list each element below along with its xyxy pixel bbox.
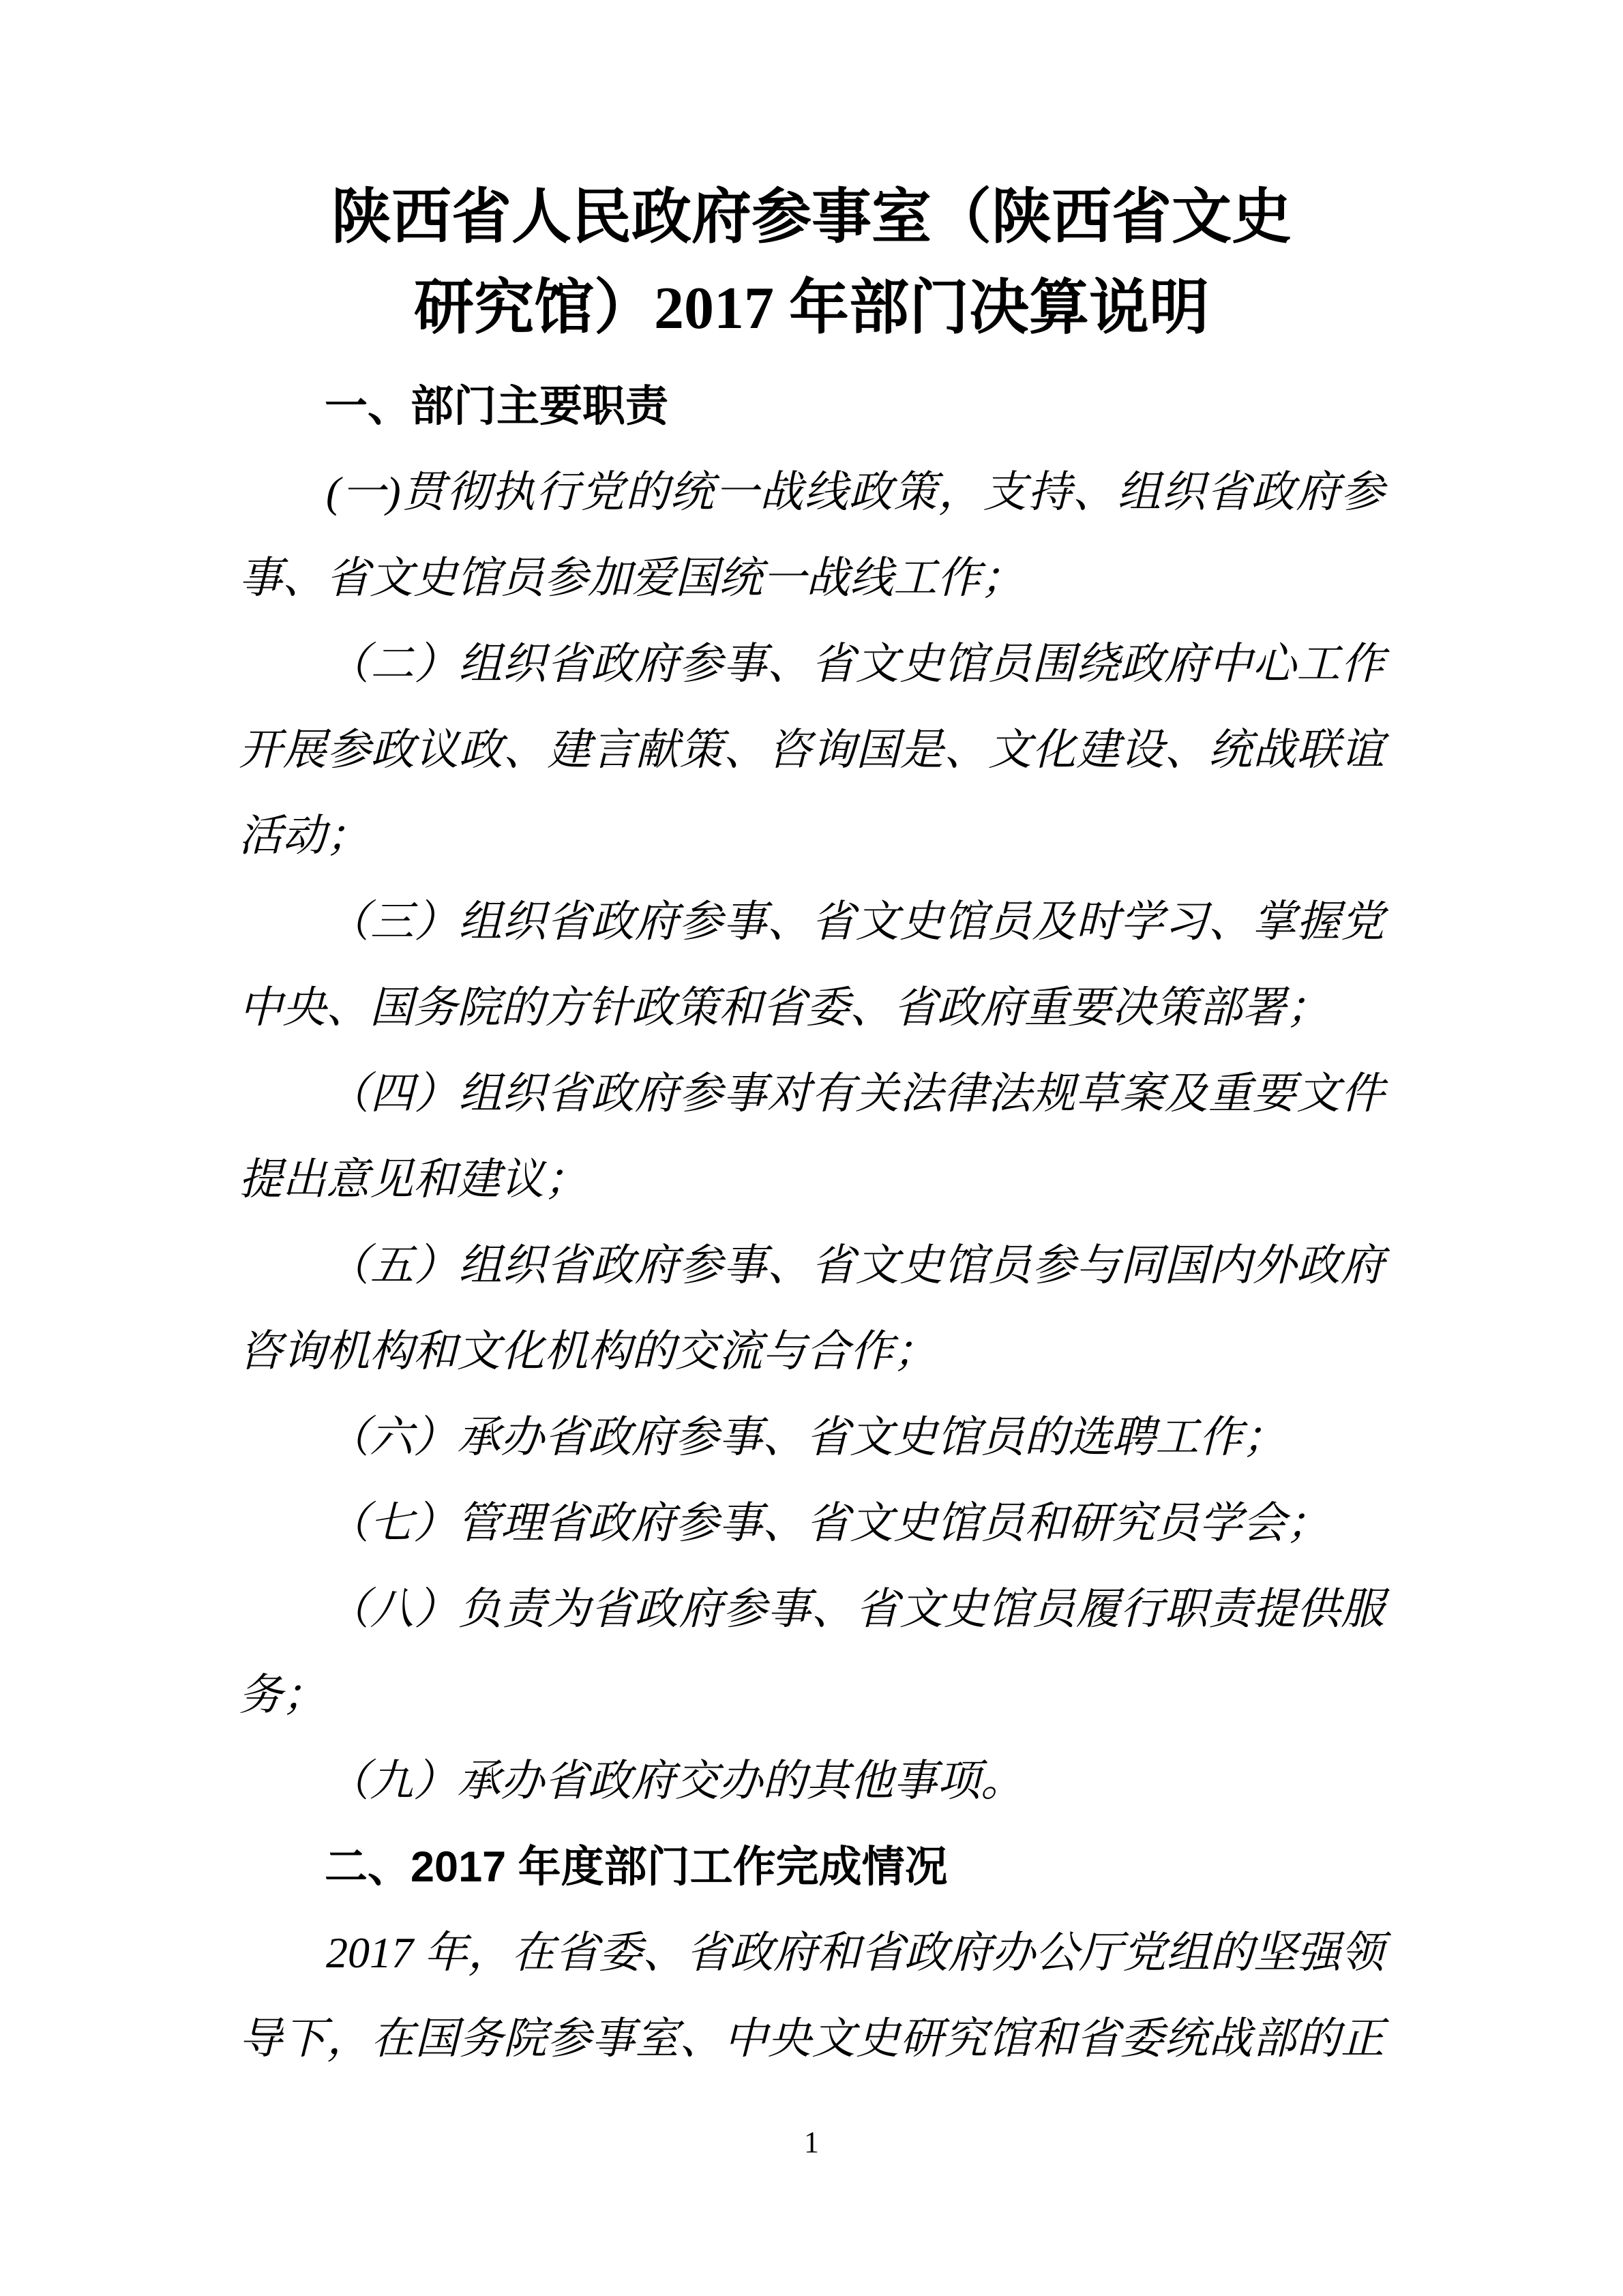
title-line-2: 研究馆）2017 年部门决算说明 bbox=[239, 263, 1384, 354]
section-1-item-8: （八）负责为省政府参事、省文史馆员履行职责提供服务； bbox=[239, 1566, 1384, 1738]
section-1-item-6: （六）承办省政府参事、省文史馆员的选聘工作； bbox=[239, 1395, 1384, 1480]
page-title: 陕西省人民政府参事室（陕西省文史 研究馆）2017 年部门决算说明 bbox=[239, 173, 1384, 354]
section-2-paragraph: 2017 年，在省委、省政府和省政府办公厅党组的坚强领导下，在国务院参事室、中央… bbox=[239, 1910, 1384, 2082]
section-1-item-2: （二）组织省政府参事、省文史馆员围绕政府中心工作开展参政议政、建言献策、咨询国是… bbox=[239, 621, 1384, 879]
title-line-1: 陕西省人民政府参事室（陕西省文史 bbox=[239, 173, 1384, 263]
document-page: 陕西省人民政府参事室（陕西省文史 研究馆）2017 年部门决算说明 一、部门主要… bbox=[0, 0, 1623, 2296]
section-1-item-4: （四）组织省政府参事对有关法律法规草案及重要文件提出意见和建议； bbox=[239, 1051, 1384, 1223]
section-1-item-3: （三）组织省政府参事、省文史馆员及时学习、掌握党中央、国务院的方针政策和省委、省… bbox=[239, 879, 1384, 1051]
section-2-heading: 二、2017 年度部门工作完成情况 bbox=[239, 1824, 1384, 1910]
section-1-heading: 一、部门主要职责 bbox=[239, 363, 1384, 449]
section-1-item-9: （九）承办省政府交办的其他事项。 bbox=[239, 1738, 1384, 1824]
section-1-item-5: （五）组织省政府参事、省文史馆员参与同国内外政府咨询机构和文化机构的交流与合作； bbox=[239, 1223, 1384, 1395]
document-content: 陕西省人民政府参事室（陕西省文史 研究馆）2017 年部门决算说明 一、部门主要… bbox=[0, 0, 1623, 2082]
page-number: 1 bbox=[0, 2126, 1623, 2159]
section-1-item-7: （七）管理省政府参事、省文史馆员和研究员学会； bbox=[239, 1480, 1384, 1566]
section-1-item-1: (一)贯彻执行党的统一战线政策，支持、组织省政府参事、省文史馆员参加爱国统一战线… bbox=[239, 449, 1384, 621]
